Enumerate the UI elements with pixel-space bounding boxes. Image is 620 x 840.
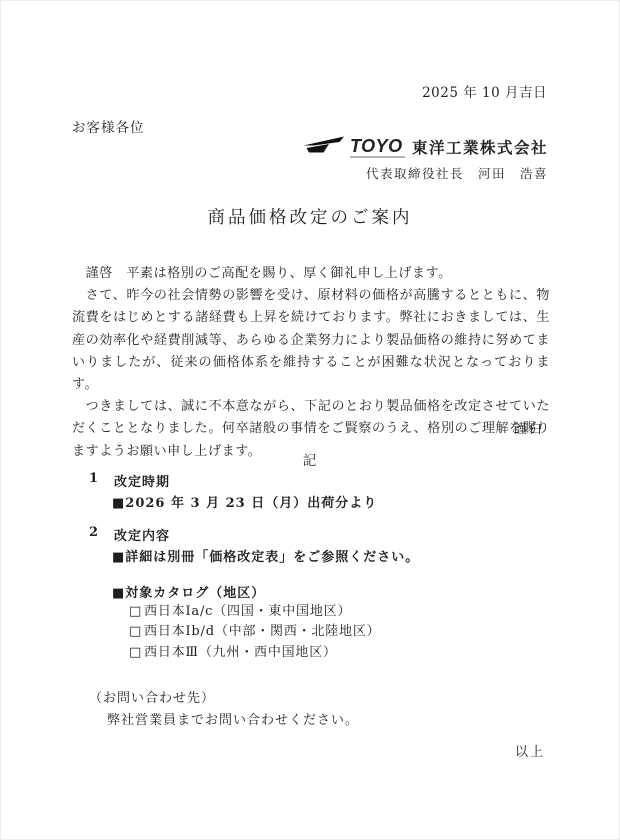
toyo-wordmark: TOYO bbox=[350, 137, 403, 155]
sender-block: TOYO 東洋工業株式会社 代表取締役社長 河田 浩喜 bbox=[303, 135, 548, 195]
body-paragraphs: 謹啓 平素は格別のご高配を賜り、厚く御礼申し上げます。 さて、昨今の社会情勢の影… bbox=[72, 263, 550, 463]
section-2-detail-text: 詳細は別冊「価格改定表」をご参照ください。 bbox=[125, 550, 419, 565]
catalog-entry: □西日本Ⅲ（九州・西中国地区） bbox=[129, 643, 380, 663]
filled-square-bullet-icon: ■ bbox=[112, 586, 125, 601]
document-title: 商品価格改定のご案内 bbox=[1, 204, 619, 229]
checkbox-icon: □ bbox=[129, 622, 142, 642]
toyo-logo-icon bbox=[303, 135, 345, 156]
checkbox-icon: □ bbox=[129, 602, 142, 622]
section-1-detail-text: 2026 年 3 月 23 日（月）出荷分より bbox=[125, 496, 377, 511]
catalog-entry-label: 西日本Ⅰa/c（四国・東中国地区） bbox=[144, 604, 351, 619]
section-1-title: 改定時期 bbox=[114, 471, 170, 490]
closing-word: 謹白 bbox=[514, 418, 544, 437]
section-1-heading: 1 改定時期 bbox=[89, 471, 170, 490]
signer-line: 代表取締役社長 河田 浩喜 bbox=[303, 164, 548, 182]
contact-text: 弊社営業員までお問い合わせください。 bbox=[107, 709, 359, 728]
record-marker: 記 bbox=[1, 449, 619, 469]
catalog-entry-list: □西日本Ⅰa/c（四国・東中国地区） □西日本Ⅰb/d（中部・関西・北陸地区） … bbox=[129, 602, 380, 663]
paragraph-background: さて、昨今の社会情勢の影響を受け、原材料の価格が高騰するとともに、物流費をはじめ… bbox=[72, 285, 550, 396]
section-1-number: 1 bbox=[89, 471, 99, 490]
catalog-entry-label: 西日本Ⅲ（九州・西中国地区） bbox=[144, 645, 337, 660]
company-name: 東洋工業株式会社 bbox=[412, 137, 548, 158]
section-2-heading: 2 改定内容 bbox=[89, 525, 170, 544]
letter-page: 2025 年 10 月吉日 お客様各位 TOYO 東洋工業株式会社 代表取締役社… bbox=[0, 0, 620, 840]
catalog-entry-label: 西日本Ⅰb/d（中部・関西・北陸地区） bbox=[144, 624, 380, 639]
section-2-number: 2 bbox=[89, 525, 99, 544]
toyo-tagline-line bbox=[350, 156, 405, 158]
section-2-title: 改定内容 bbox=[114, 525, 170, 544]
end-marker: 以上 bbox=[515, 741, 545, 760]
recipient-line: お客様各位 bbox=[72, 116, 145, 136]
document-date: 2025 年 10 月吉日 bbox=[422, 81, 547, 101]
filled-square-bullet-icon: ■ bbox=[112, 496, 125, 511]
filled-square-bullet-icon: ■ bbox=[112, 550, 125, 565]
company-logo-row: TOYO 東洋工業株式会社 bbox=[303, 135, 548, 158]
section-1-detail: ■2026 年 3 月 23 日（月）出荷分より bbox=[112, 492, 377, 511]
checkbox-icon: □ bbox=[129, 643, 142, 663]
catalog-heading: ■対象カタログ（地区） bbox=[112, 582, 265, 601]
catalog-entry: □西日本Ⅰb/d（中部・関西・北陸地区） bbox=[129, 622, 380, 642]
toyo-wordmark-wrap: TOYO bbox=[350, 137, 405, 158]
contact-label: （お問い合わせ先） bbox=[89, 687, 215, 706]
catalog-heading-text: 対象カタログ（地区） bbox=[125, 586, 265, 601]
section-2-detail: ■詳細は別冊「価格改定表」をご参照ください。 bbox=[112, 546, 419, 565]
paragraph-greeting: 謹啓 平素は格別のご高配を賜り、厚く御礼申し上げます。 bbox=[72, 263, 550, 285]
catalog-entry: □西日本Ⅰa/c（四国・東中国地区） bbox=[129, 602, 380, 622]
